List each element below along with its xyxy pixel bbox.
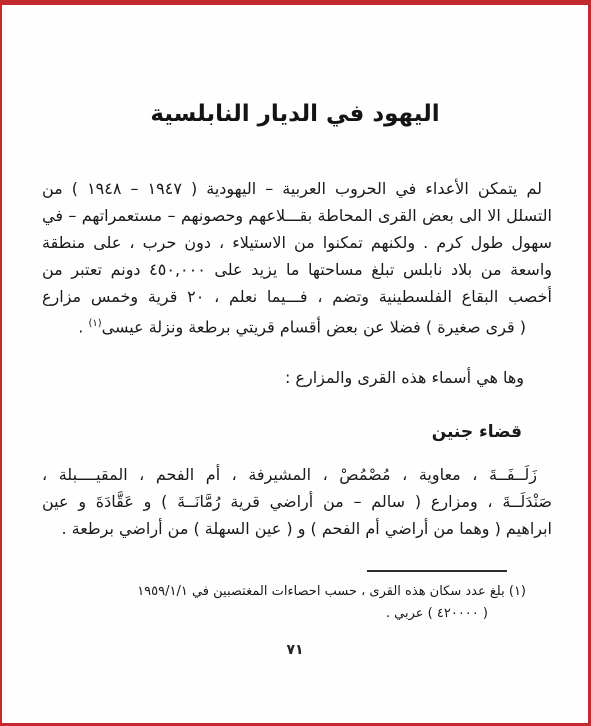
footnote-line: (١) بلغ عدد سكان هذه القرى ، حسب احصاءات…	[42, 581, 552, 603]
footnote-reference-marker: (١)	[88, 318, 101, 329]
text-line: التسلل الا الى بعض القرى المحاطة بقـــلا…	[42, 202, 552, 229]
lead-in-line: وها هي أسماء هذه القرى والمزارع :	[42, 364, 552, 391]
text-line: زَلَــفَــةَ ، معاوية ، مُصْمُصْ ، المشي…	[42, 461, 552, 488]
jenin-villages-paragraph: زَلَــفَــةَ ، معاوية ، مُصْمُصْ ، المشي…	[42, 461, 552, 542]
page-body: لم يتمكن الأعداء في الحروب العربية – الي…	[2, 175, 588, 625]
section-heading-jenin-district: قضاء جنين	[42, 419, 552, 445]
footnote-line: ( ٤٢٠٠٠٠ ) عربي .	[42, 603, 552, 625]
text-segment: ( قرى صغيرة ) فضلا عن بعض أقسام قريتي بر…	[102, 317, 526, 336]
page-number: ٧١	[2, 642, 588, 658]
text-line: أخصب البقاع الفلسطينية وتضم ، فـــيما نع…	[42, 283, 552, 310]
scanned-book-page: اليهود في الديار النابلسية لم يتمكن الأع…	[0, 0, 591, 726]
text-line: لم يتمكن الأعداء في الحروب العربية – الي…	[42, 175, 552, 202]
text-segment: .	[78, 317, 88, 336]
footnote: (١) بلغ عدد سكان هذه القرى ، حسب احصاءات…	[42, 581, 552, 625]
intro-paragraph: لم يتمكن الأعداء في الحروب العربية – الي…	[42, 175, 552, 340]
text-line: سهول طول كرم . ولكنهم تمكنوا من الاستيلا…	[42, 229, 552, 256]
footnote-divider	[367, 570, 507, 572]
page-title: اليهود في الديار النابلسية	[2, 97, 588, 131]
text-line: صَنْدَلَــةَ ، ومزارع ( سالم – من أراضي …	[42, 488, 552, 515]
text-line: واسعة من بلاد نابلس تبلغ مساحتها ما يزيد…	[42, 256, 552, 283]
text-line: ( قرى صغيرة ) فضلا عن بعض أقسام قريتي بر…	[42, 310, 552, 340]
text-line: ابراهيم ( وهما من أراضي أم الفحم ) و ( ع…	[42, 515, 552, 542]
